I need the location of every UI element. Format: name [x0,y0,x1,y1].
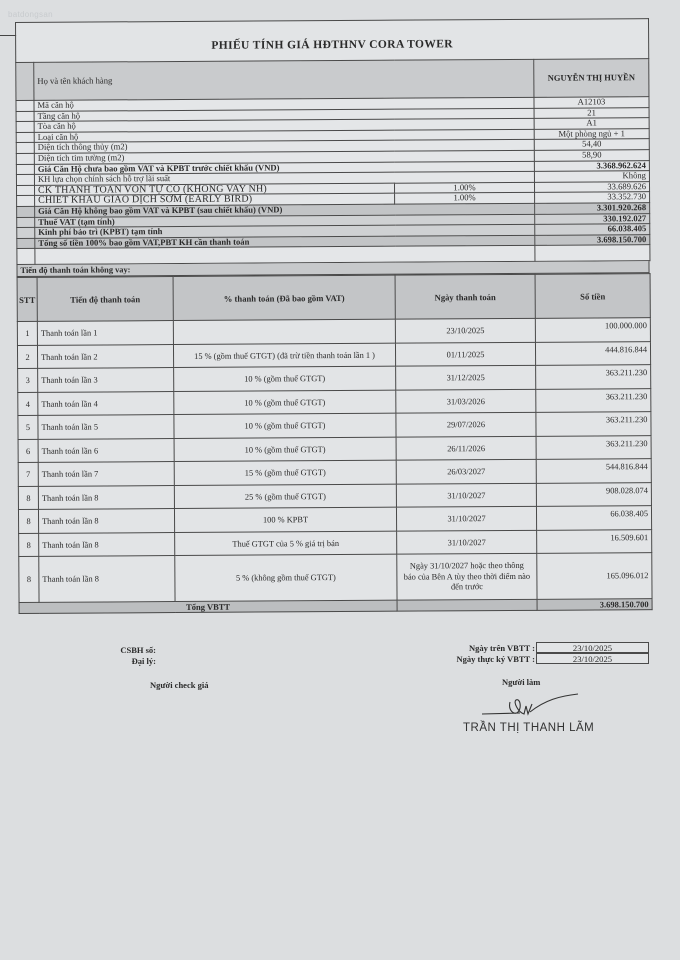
schedule-stt: 4 [18,392,38,416]
schedule-amount: 363.211.230 [536,365,651,389]
schedule-date: 26/03/2027 [396,460,536,484]
schedule-percent [173,319,395,344]
schedule-date: 01/11/2025 [395,342,535,366]
schedule-date: 31/10/2027 [397,530,537,554]
schedule-date: 29/07/2026 [396,413,536,437]
schedule-percent: 15 % (gồm thuế GTGT) (đã trừ tiền thanh … [173,343,395,368]
document-title: PHIẾU TÍNH GIÁ HĐTHNV CORA TOWER [16,19,649,63]
row-index-cell [16,111,34,122]
schedule-percent: 25 % (gồm thuế GTGT) [174,484,396,509]
maker-name: TRẦN THỊ THANH LÃM [463,722,594,734]
schedule-date: 26/11/2026 [396,436,536,460]
schedule-percent: Thuế GTGT của 5 % giá trị bán [175,531,397,556]
row-index-cell [17,238,35,249]
schedule-stage: Thanh toán lần 1 [37,321,173,345]
schedule-header: % thanh toán (Đã bao gồm VAT) [173,275,395,320]
summary-value: 3.698.150.700 [535,234,650,245]
schedule-stt: 6 [18,439,38,463]
schedule-header: STT [17,278,37,322]
schedule-stt: 1 [17,322,37,346]
summary-value: Một phòng ngủ + 1 [534,128,649,139]
schedule-date: 23/10/2025 [395,319,535,343]
schedule-stt: 7 [18,463,38,487]
row-index-cell [17,206,35,217]
summary-value: 330.192.027 [535,213,650,224]
schedule-percent: 100 % KPBT [174,507,396,532]
schedule-percent: 10 % (gồm thuế GTGT) [174,366,396,391]
schedule-amount: 544.816.844 [536,459,651,483]
row-index-cell [16,175,34,186]
signed-date-label: Ngày thực ký VBTT : [420,654,535,664]
schedule-stage: Thanh toán lần 8 [38,509,174,533]
row-index-cell [16,143,34,154]
schedule-header: Tiến độ thanh toán [37,277,173,322]
signature-icon [480,690,580,720]
summary-value: 21 [534,107,649,118]
schedule-date: 31/03/2026 [396,389,536,413]
row-index-cell [17,217,35,228]
schedule-stt: 8 [19,557,39,603]
row-index-cell [16,122,34,133]
schedule-stt: 5 [18,416,38,440]
row-index-cell [16,185,34,196]
watermark: batdongsan [8,10,53,19]
schedule-stage: Thanh toán lần 2 [37,344,173,368]
row-index-cell [16,100,34,111]
summary-value: NGUYỄN THỊ HUYỀN [534,59,649,98]
schedule-stage: Thanh toán lần 8 [39,556,175,603]
schedule-row: 8Thanh toán lần 85 % (không gồm thuế GTG… [19,553,652,603]
schedule-stage: Thanh toán lần 6 [38,438,174,462]
payment-schedule-table: STTTiến độ thanh toán% thanh toán (Đã ba… [17,273,653,614]
schedule-stage: Thanh toán lần 3 [38,368,174,392]
summary-value: A1 [534,118,649,129]
summary-value: 58,90 [534,150,649,161]
summary-value: 54,40 [534,139,649,150]
footer: CSBH số: Đại lý: Người check giá Ngày tr… [0,640,680,760]
price-sheet: PHIẾU TÍNH GIÁ HĐTHNV CORA TOWER Họ và t… [15,18,652,632]
summary-value: 66.038.405 [535,224,650,235]
agent-label: Đại lý: [100,656,156,666]
total-label: Tổng VBTT [19,600,397,613]
schedule-stt: 8 [19,533,39,557]
schedule-percent: 10 % (gồm thuế GTGT) [174,437,396,462]
summary-value: A12103 [534,97,649,108]
row-index-cell [16,153,34,164]
total-amount: 3.698.150.700 [537,599,652,611]
schedule-amount: 363.211.230 [536,412,651,436]
summary-value: 3.301.920.268 [535,203,650,214]
schedule-header: Số tiền [535,274,650,319]
schedule-stt: 8 [18,510,38,534]
schedule-amount: 444.816.844 [535,341,650,365]
schedule-stage: Thanh toán lần 8 [39,532,175,556]
signed-date-field: 23/10/2025 [536,653,649,664]
row-index-cell [16,132,34,143]
summary-row: Họ và tên khách hàngNGUYỄN THỊ HUYỀN [16,59,649,101]
summary-table: PHIẾU TÍNH GIÁ HĐTHNV CORA TOWER Họ và t… [15,18,650,265]
row-index-cell [16,62,34,100]
schedule-date: 31/10/2027 [396,483,536,507]
schedule-date: 31/12/2025 [396,366,536,390]
schedule-amount: 100.000.000 [535,318,650,342]
contract-date-field: 23/10/2025 [536,642,649,653]
summary-value: 33.352.730 [535,192,650,203]
summary-value: 3.368.962.624 [534,160,649,171]
schedule-stt: 8 [18,486,38,510]
row-index-cell [17,196,35,207]
row-index-cell [16,164,34,175]
schedule-amount: 66.038.405 [536,506,651,530]
summary-value: 33.689.626 [534,181,649,192]
schedule-amount: 165.096.012 [537,553,652,600]
schedule-percent: 5 % (không gồm thuế GTGT) [175,554,397,601]
total-spacer [397,600,537,612]
summary-value: Không [534,171,649,182]
schedule-amount: 363.211.230 [536,435,651,459]
schedule-stt: 2 [17,345,37,369]
schedule-stage: Thanh toán lần 8 [38,485,174,509]
schedule-stage: Thanh toán lần 4 [38,391,174,415]
schedule-amount: 16.509.601 [537,529,652,553]
schedule-stage: Thanh toán lần 7 [38,462,174,486]
schedule-stt: 3 [18,369,38,393]
schedule-percent: 10 % (gồm thuế GTGT) [174,413,396,438]
schedule-amount: 908.028.074 [536,482,651,506]
summary-label: Họ và tên khách hàng [34,59,534,100]
schedule-percent: 15 % (gồm thuế GTGT) [174,460,396,485]
schedule-date: 31/10/2027 [396,507,536,531]
contract-date-label: Ngày trên VBTT : [420,643,535,653]
schedule-date: Ngày 31/10/2027 hoặc theo thông báo của … [397,554,537,601]
schedule-percent: 10 % (gồm thuế GTGT) [174,390,396,415]
checker-label: Người check giá [150,680,208,690]
maker-label: Người làm [502,677,540,687]
schedule-amount: 363.211.230 [536,388,651,412]
csbh-label: CSBH số: [100,645,156,655]
schedule-header: Ngày thanh toán [395,275,535,320]
schedule-stage: Thanh toán lần 5 [38,415,174,439]
row-index-cell [17,228,35,239]
